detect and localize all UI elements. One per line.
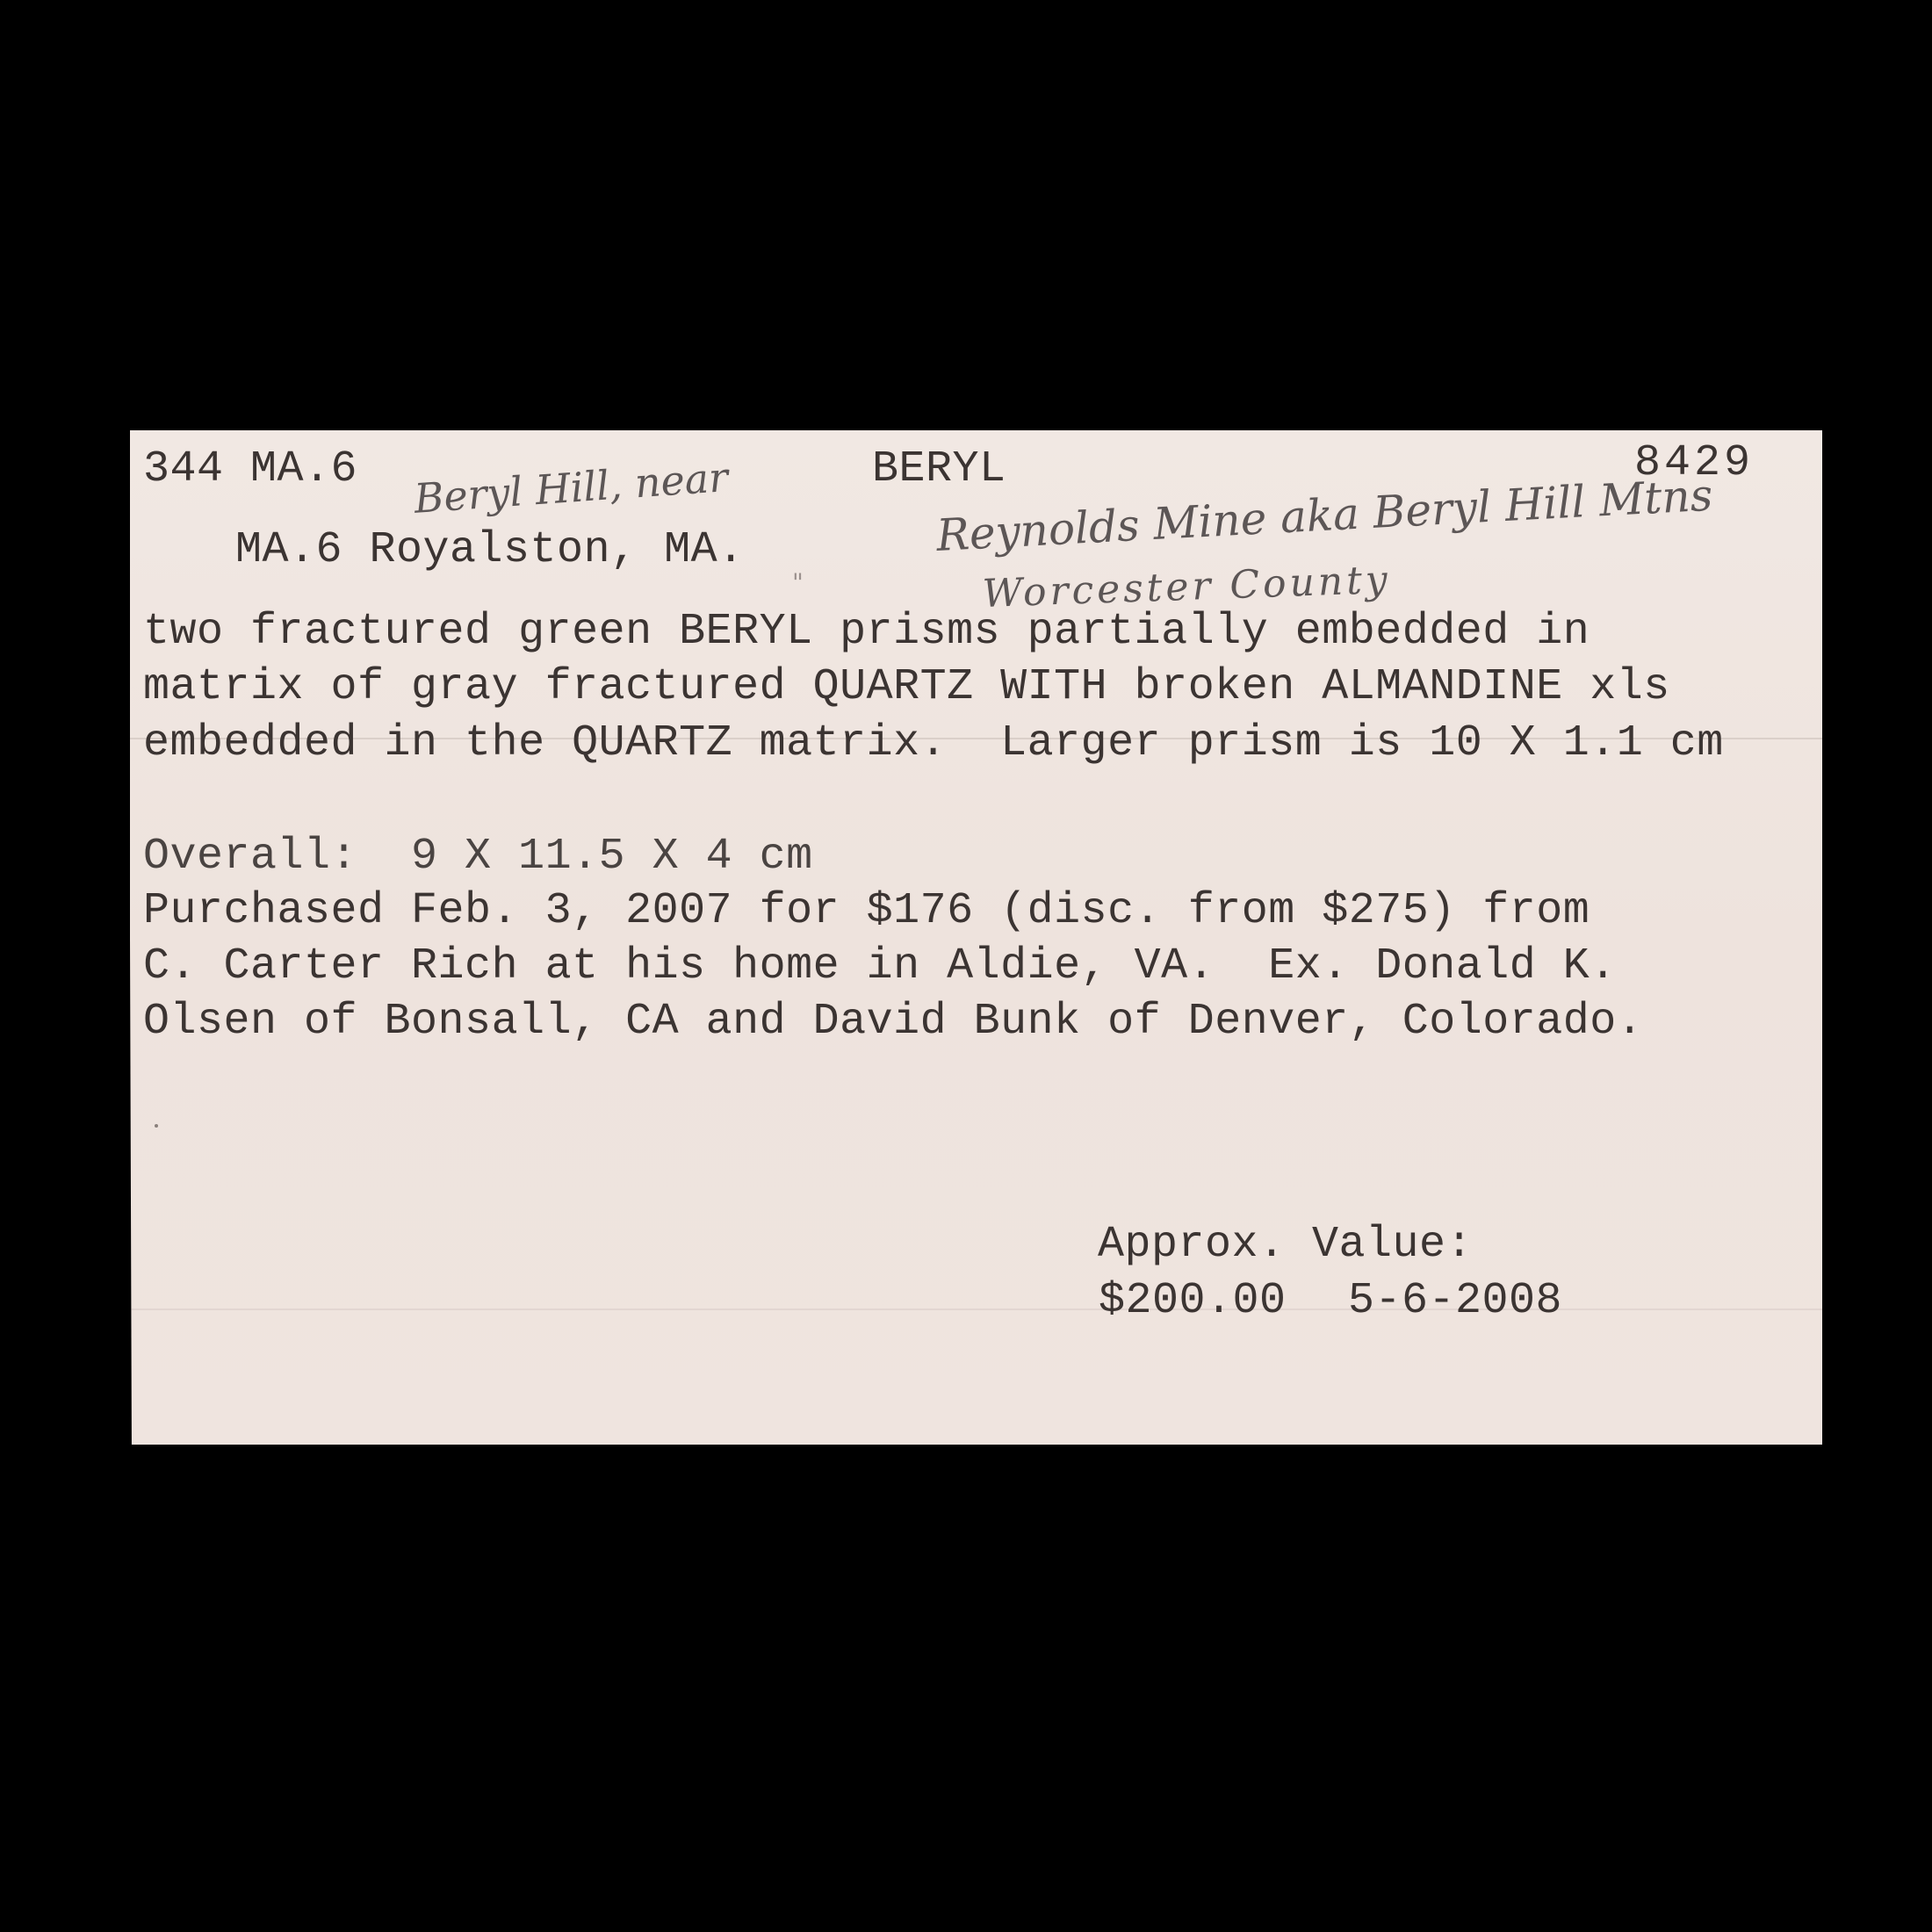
- species-name: BERYL: [872, 448, 1006, 492]
- catalog-code: 344 MA.6: [143, 448, 357, 492]
- overall-dimensions: Overall: 9 X 11.5 X 4 cm: [143, 835, 813, 879]
- description-line-2: matrix of gray fractured QUARTZ WITH bro…: [143, 666, 1670, 710]
- paper-fold-line: [130, 1308, 1822, 1310]
- ditto-mark: ": [792, 571, 804, 595]
- description-line-3: embedded in the QUARTZ matrix. Larger pr…: [143, 722, 1724, 766]
- approx-value-amount: $200.00: [1099, 1280, 1287, 1323]
- provenance-line-1: Purchased Feb. 3, 2007 for $176 (disc. f…: [143, 890, 1590, 934]
- approx-value-date: 5-6-2008: [1348, 1280, 1562, 1323]
- provenance-line-2: C. Carter Rich at his home in Aldie, VA.…: [143, 945, 1617, 989]
- description-line-1: two fractured green BERYL prisms partial…: [143, 610, 1590, 654]
- typed-locality: MA.6 Royalston, MA.: [235, 529, 745, 573]
- paper-speck: [155, 1124, 158, 1128]
- specimen-label-card: [130, 430, 1822, 1445]
- provenance-line-3: Olsen of Bonsall, CA and David Bunk of D…: [143, 1000, 1643, 1044]
- approx-value-heading: Approx. Value:: [1098, 1223, 1473, 1267]
